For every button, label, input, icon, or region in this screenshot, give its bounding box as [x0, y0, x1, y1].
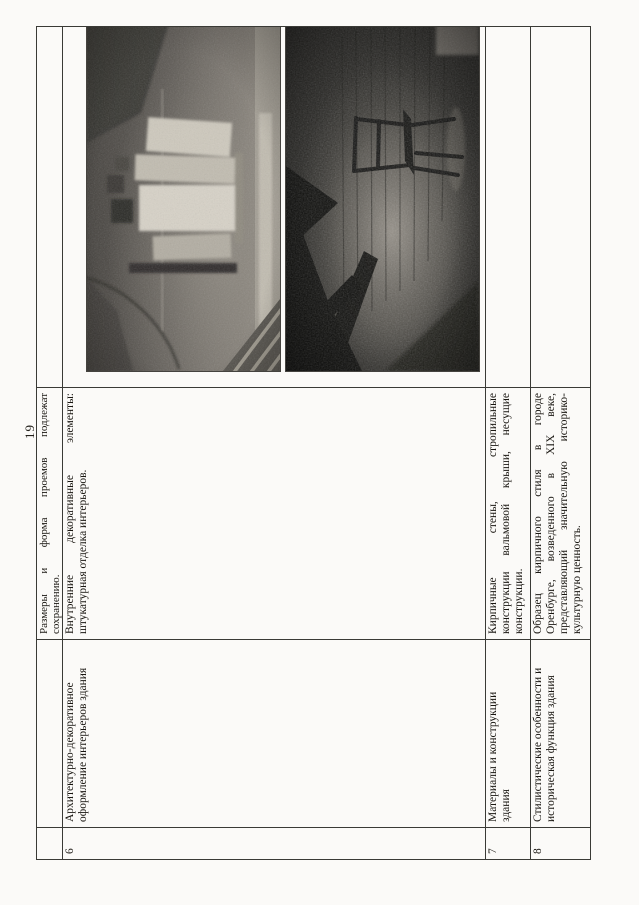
row-number-cell: 8	[531, 828, 591, 860]
cell-text: Материалы и конструкцииздания	[487, 645, 513, 822]
photo-cell-empty	[531, 27, 591, 388]
interior-photo-1-image	[86, 27, 281, 373]
object-name-cell: Стилистические особенности иисторическая…	[531, 640, 591, 828]
interior-photo-2-image	[285, 27, 480, 373]
object-name-cell	[37, 640, 63, 828]
cell-text: Стилистические особенности иисторическая…	[532, 645, 558, 822]
photo-cell	[37, 27, 63, 388]
cell-text: Образец кирпичного стиля в городеОренбур…	[532, 393, 584, 634]
table-row: 7 Материалы и конструкцииздания Кирпичны…	[486, 27, 531, 860]
object-name-cell: Материалы и конструкцииздания	[486, 640, 531, 828]
cell-text: Размеры и форма проемов подлежатсохранен…	[38, 393, 62, 634]
description-cell: Кирпичные стены, стропильныеконструкции …	[486, 388, 531, 640]
photo-cell	[63, 27, 486, 388]
protection-subjects-table: Размеры и форма проемов подлежатсохранен…	[36, 26, 591, 860]
cell-text: Архитектурно-декоративноеоформление инте…	[64, 645, 90, 822]
row-number-cell: 6	[63, 828, 486, 860]
row-number-cell	[37, 828, 63, 860]
description-cell: Внутренние декоративные элементы:штукату…	[63, 388, 486, 640]
cell-text: Внутренние декоративные элементы:штукату…	[64, 393, 90, 634]
photo-cell-empty	[486, 27, 531, 388]
description-cell: Образец кирпичного стиля в городеОренбур…	[531, 388, 591, 640]
cell-text: Кирпичные стены, стропильныеконструкции …	[487, 393, 526, 634]
object-name-cell: Архитектурно-декоративноеоформление инте…	[63, 640, 486, 828]
table-continuation-row: Размеры и форма проемов подлежатсохранен…	[37, 27, 63, 860]
description-cell: Размеры и форма проемов подлежатсохранен…	[37, 388, 63, 640]
interior-photo-1	[86, 27, 281, 373]
page-rotated-content: 19 Размеры и форма проемов подлежатсохра…	[0, 0, 639, 905]
interior-photo-2	[285, 27, 480, 373]
table-row: 6 Архитектурно-декоративноеоформление ин…	[63, 27, 486, 860]
row-number-cell: 7	[486, 828, 531, 860]
scanned-page: 19 Размеры и форма проемов подлежатсохра…	[0, 0, 639, 905]
table-row: 8 Стилистические особенности иисторическ…	[531, 27, 591, 860]
